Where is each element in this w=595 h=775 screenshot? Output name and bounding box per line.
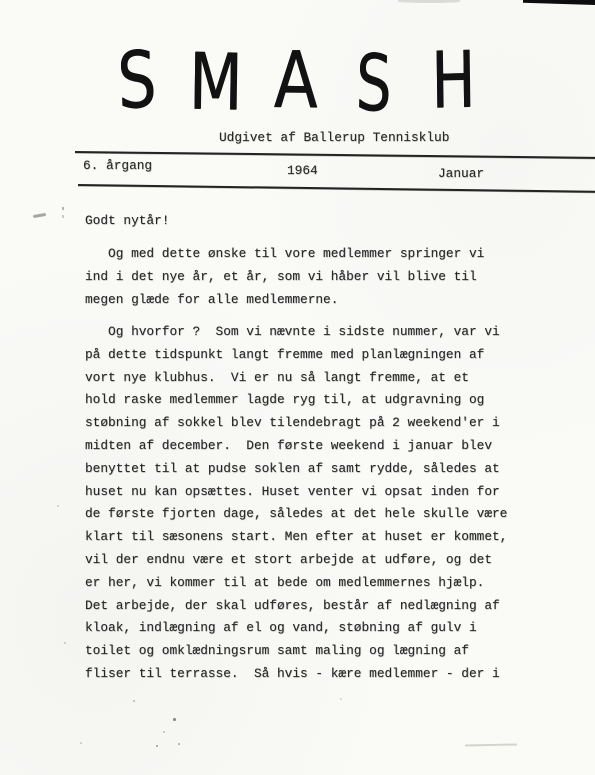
text-line: Og med dette ønske til vore medlemmer sp… (85, 243, 484, 266)
scanned-newsletter-page: SMASH Udgivet af Ballerup Tennisklub 6. … (0, 0, 595, 775)
scan-speck (178, 743, 180, 745)
paragraph-2: Og hvorfor ? Som vi nævnte i sidste numm… (85, 321, 507, 686)
text-line: benyttet til at pudse soklen af samt ryd… (85, 458, 507, 481)
scan-artifact-corner-bar (523, 0, 595, 5)
masthead-letter: S (116, 41, 157, 121)
paragraph-1: Og med dette ønske til vore medlemmer sp… (85, 243, 484, 311)
masthead-letter: M (188, 43, 243, 122)
text-line: megen glæde for alle medlemmerne. (85, 289, 484, 312)
masthead-letter: A (274, 42, 318, 120)
scan-speck (80, 742, 82, 744)
scan-speck (133, 700, 135, 702)
text-line: Det arbejde, der skal udføres, består af… (85, 595, 507, 618)
scan-faint-line (465, 743, 517, 746)
text-line: de første fjorten dage, således at det h… (85, 503, 507, 526)
text-line: huset nu kan opsættes. Huset venter vi o… (85, 481, 507, 504)
text-line: på dette tidspunkt langt fremme med plan… (85, 344, 507, 367)
scan-speck (57, 505, 59, 507)
divider-top (75, 151, 595, 159)
text-line: vil der endnu være et stort arbejde at u… (85, 549, 507, 572)
text-line: Og hvorfor ? Som vi nævnte i sidste numm… (85, 321, 507, 344)
text-line: kloak, indlægning af el og vand, støbnin… (85, 617, 507, 640)
masthead-letter: S (354, 44, 392, 124)
issue-year: 1964 (287, 163, 318, 179)
scan-speck (173, 718, 176, 721)
scan-smudge-top (398, 0, 460, 3)
masthead-letter: H (431, 41, 476, 120)
scan-speck (64, 642, 66, 644)
text-line: er her, vi kommer til at bede om medlemm… (85, 572, 507, 595)
divider-bottom (78, 184, 595, 193)
text-line: vort nye klubhus. Vi er nu så langt frem… (85, 367, 507, 390)
pencil-mark-dash (33, 213, 46, 218)
scan-speck (340, 698, 342, 700)
greeting-line: Godt nytår! (85, 210, 169, 233)
text-line: toilet og omklædningsrum samt maling og … (85, 640, 507, 663)
scan-speck (163, 731, 165, 733)
text-line: hold raske medlemmer lagde ryg til, at u… (85, 389, 507, 412)
pencil-mark-dots (62, 207, 64, 210)
masthead-subtitle: Udgivet af Ballerup Tennisklub (219, 130, 449, 146)
text-line: klart til sæsonens start. Men efter at h… (85, 526, 507, 549)
text-line: ind i det nye år, et år, som vi håber vi… (85, 266, 484, 289)
scan-speck (156, 745, 158, 747)
text-line: støbning af sokkel blev tilendebragt på … (85, 412, 507, 435)
issue-month: Januar (438, 166, 484, 182)
issue-volume: 6. årgang (83, 158, 152, 174)
text-line: fliser til terrasse. Så hvis - kære medl… (85, 663, 507, 686)
newsletter-title: SMASH (0, 42, 595, 120)
text-line: midten af december. Den første weekend i… (85, 435, 507, 458)
